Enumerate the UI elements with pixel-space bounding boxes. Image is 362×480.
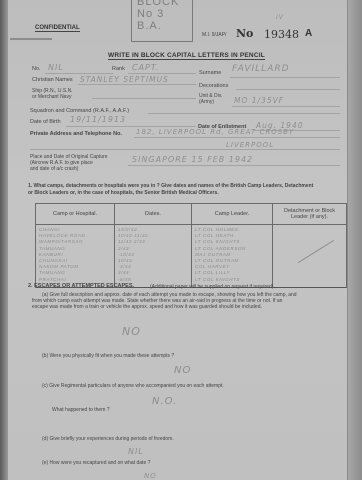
form-code: M.I. 9/JAP/ bbox=[202, 32, 226, 38]
rank-label: Rank bbox=[112, 66, 125, 72]
detachment-column bbox=[273, 225, 347, 288]
decorations-label: Decorations bbox=[199, 83, 228, 89]
question-2d: (d) Give briefly your experiences during… bbox=[42, 436, 174, 442]
strike-through-mark bbox=[298, 240, 334, 263]
date-entry: -8/45 bbox=[118, 277, 188, 283]
form-number: 19348 bbox=[264, 28, 299, 41]
camp-entry: PRATCHAI bbox=[39, 277, 111, 283]
christian-names-label: Christian Names bbox=[32, 77, 73, 83]
pow-questionnaire-form: BLOCK No 3 B.A. CONFIDENTIAL IV M.I. 9/J… bbox=[8, 0, 350, 480]
question-2d-answer: NIL bbox=[128, 447, 144, 456]
question-2a-answer: NO bbox=[122, 325, 141, 338]
unit-value: MO 1/35VF bbox=[234, 96, 284, 105]
dates-column: 15/2/42 10/42-11/42 11/42-2/43 2/43- -10… bbox=[115, 225, 192, 288]
stamp-line-3: B.A. bbox=[137, 20, 187, 32]
question-2-note: (Additional paper will be supplied on re… bbox=[150, 284, 275, 290]
question-1-line-2: or Block Leaders or, in the case of hosp… bbox=[28, 190, 219, 196]
squadron-label: Squadron and Command (R.A.F., A.A.F.) bbox=[30, 108, 129, 114]
no-value: NIL bbox=[48, 63, 64, 72]
col-header-camp-leader: Camp Leader. bbox=[192, 204, 273, 225]
question-2e-answer: NO bbox=[144, 472, 157, 480]
stamp-line-1: BLOCK bbox=[137, 0, 187, 8]
ship-label-2: or Merchant Navy bbox=[32, 94, 71, 100]
address-label: Private Address and Telephone No. bbox=[30, 131, 122, 137]
number-label: No bbox=[236, 27, 253, 40]
confidential-label: CONFIDENTIAL bbox=[35, 25, 80, 32]
question-2b: (b) Were you physically fit when you mad… bbox=[42, 353, 174, 359]
question-2a-line-3: escape was made from a train or vehicle … bbox=[32, 304, 262, 310]
capture-value: SINGAPORE 15 FEB 1942 bbox=[132, 155, 253, 164]
col-header-dates: Dates. bbox=[115, 204, 192, 225]
stamp-line-2: No 3 bbox=[137, 8, 187, 20]
col-header-detachment: Detachment or Block Leader (if any). bbox=[273, 204, 347, 225]
surname-value: FAVILLARD bbox=[232, 64, 290, 74]
dob-label: Date of Birth bbox=[30, 119, 61, 125]
surname-label: Surname bbox=[199, 70, 221, 76]
leader-column: LT COL HOLMES LT COL HEATH LT COL KNIGHT… bbox=[192, 225, 273, 288]
instruction-heading: WRITE IN BLOCK CAPITAL LETTERS IN PENCIL bbox=[108, 52, 265, 60]
question-2-title: 2. ESCAPES OR ATTEMPTED ESCAPES. bbox=[28, 283, 134, 289]
camps-table: Camp or Hospital. Dates. Camp Leader. De… bbox=[35, 203, 347, 288]
camp-column: CHANGI HAVELOCK ROAD WAMPO/TARSAO TAMUAN… bbox=[36, 225, 115, 288]
paper-clip bbox=[10, 38, 52, 40]
question-1-line-1: 1. What camps, detachments or hospitals … bbox=[28, 183, 313, 189]
unit-label-2: (Army) bbox=[199, 99, 214, 105]
annotation-mark: IV bbox=[276, 14, 284, 21]
question-2c-answer: N.O. bbox=[152, 396, 177, 407]
question-2c-followup: What happened to them ? bbox=[52, 407, 110, 413]
page-edge bbox=[347, 0, 362, 480]
question-2e: (e) How were you recaptured and on what … bbox=[42, 460, 150, 466]
question-2c: (c) Give Regimental particulars of anyon… bbox=[42, 383, 224, 389]
question-2b-answer: NO bbox=[174, 365, 191, 376]
rank-value: CAPT. bbox=[132, 63, 159, 72]
leader-entry: LT COL KNIGHTS bbox=[195, 277, 269, 283]
address-line-1: 182, LIVERPOOL Rd, GREAT CROSBY bbox=[136, 128, 294, 136]
col-header-camp: Camp or Hospital. bbox=[36, 204, 115, 225]
christian-names-value: STANLEY SEPTIMUS bbox=[80, 75, 169, 84]
address-line-2: LIVERPOOL bbox=[226, 141, 274, 149]
no-label: No. bbox=[32, 66, 41, 72]
dob-value: 19/11/1913 bbox=[70, 115, 126, 124]
form-suffix: A bbox=[305, 28, 312, 39]
block-stamp: BLOCK No 3 B.A. bbox=[131, 0, 193, 42]
capture-label-3: and date of a/c crash) bbox=[30, 166, 78, 172]
